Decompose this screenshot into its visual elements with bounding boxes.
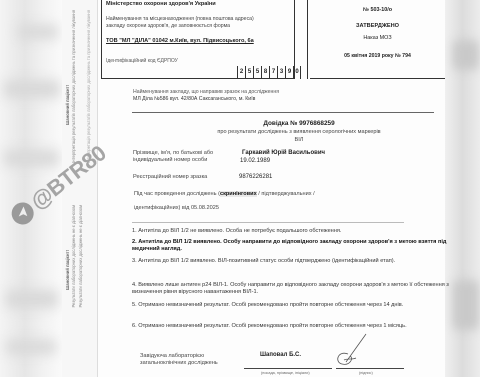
- edrpou-digit: 5: [253, 66, 261, 79]
- certificate-subtitle: про результати досліджень з виявлення се…: [98, 129, 445, 135]
- form-header: Міністерство охорони здоров'я України На…: [98, 0, 445, 79]
- approved-label: ЗАТВЕРДЖЕНО: [310, 23, 445, 29]
- study-date: ідентифікаційних) від 05.08.2025: [134, 205, 219, 212]
- study-rest: / підтверджувальних /: [257, 191, 315, 197]
- stub-text-2: Результати лабораторних досліджень не є …: [71, 205, 76, 308]
- name-line: [244, 368, 332, 369]
- edrpou-label: Ідентифікаційний код ЄДРПОУ: [106, 58, 294, 64]
- study-type: Під час проведення досліджень (скринінго…: [134, 191, 315, 198]
- form-approval-block: № 503-10/о ЗАТВЕРДЖЕНО Наказ МОЗ 05 квіт…: [310, 0, 445, 79]
- certificate-subtitle-2: ВІЛ: [98, 137, 445, 143]
- study-prefix: Під час проведення досліджень (: [134, 191, 220, 197]
- edrpou-digit: 3: [277, 66, 285, 79]
- header-divider: [298, 0, 308, 79]
- stub-title: Шановний пацієнт!: [65, 85, 70, 125]
- signature-caption: (підпис): [359, 371, 373, 375]
- result-item: 2. Антитіла до ВІЛ 1/2 виявлено. Особу н…: [132, 239, 452, 253]
- signer-name: Шаповал Б.С.: [260, 352, 301, 358]
- edrpou-digit: 5: [245, 66, 253, 79]
- stub-title-2: Шановний пацієнт!: [65, 250, 70, 290]
- edrpou-digit: 8: [261, 66, 269, 79]
- divider: [132, 222, 404, 223]
- reg-number-label: Реєстраційний номер зразка: [133, 174, 207, 181]
- result-item: 3. Антитіла до ВІЛ 1/2 виявлено. ВІЛ-поз…: [132, 258, 452, 265]
- facility-label-2: закладу охорони здоров'я, де заповнюєтьс…: [106, 23, 294, 30]
- role-line: Завідуюча лабораторією: [140, 353, 218, 360]
- facility-name: ТОВ "МЛ "ДІЛА" 01042 м.Київ, вул. Підвис…: [106, 38, 294, 44]
- referrer-value: МЛ Діла №586 вул. 42/80А Саксаганського,…: [133, 96, 279, 102]
- label-line: Прізвище, ім'я, по батькові або: [133, 150, 213, 157]
- result-item: 6. Отримано невизначений результат. Особ…: [132, 323, 452, 330]
- signer-role: Завідуюча лабораторією загальноклінічних…: [140, 353, 218, 367]
- order-label: Наказ МОЗ: [310, 35, 445, 41]
- edrpou-digit: 9: [285, 66, 293, 79]
- form-number: № 503-10/о: [310, 7, 445, 13]
- patient-name: Гаркавий Юрій Васильович: [242, 150, 325, 156]
- study-screening: скринінгових: [220, 191, 257, 197]
- stub-text-3: Результати лабораторних досліджень не є …: [78, 205, 83, 308]
- background-blur-right: [445, 0, 480, 377]
- ministry-name: Міністерство охорони здоров'я України: [106, 1, 294, 7]
- divider: [132, 112, 434, 113]
- order-date: 05 квітня 2019 року № 794: [310, 53, 445, 59]
- label-line: індивідуальний номер особи: [133, 157, 213, 164]
- referrer-label: Найменування закладу, що направив зразок…: [133, 89, 279, 95]
- stub-text-4: Інтерпретація результатів лабораторних д…: [86, 10, 91, 163]
- role-line: загальноклінічних досліджень: [140, 360, 218, 367]
- name-caption: (посада, прізвище, ініціали): [261, 371, 310, 375]
- result-item: 1. Антитіла до ВІЛ 1/2 не виявлено. Особ…: [132, 228, 452, 235]
- signature-icon: [332, 332, 372, 370]
- patient-dob: 19.02.1989: [240, 158, 270, 164]
- signature-line: [336, 368, 404, 369]
- document-page: Міністерство охорони здоров'я України На…: [98, 0, 445, 377]
- certificate-title: Довідка № 9976868259: [98, 120, 445, 127]
- edrpou-digit: 2: [237, 66, 245, 79]
- patient-name-label: Прізвище, ім'я, по батькові або індивіду…: [133, 150, 213, 164]
- edrpou-code: 2 5 5 8 7 3 9 0: [237, 66, 301, 79]
- edrpou-digit: 7: [269, 66, 277, 79]
- result-item: 5. Отримано невизначений результат. Особ…: [132, 302, 452, 309]
- result-item: 4. Виявлено лише антиген р24 ВІЛ-1. Особ…: [132, 282, 452, 296]
- stub-text: Інтерпретація результатів лабораторних д…: [71, 10, 76, 163]
- reg-number: 9876226281: [239, 174, 272, 180]
- referrer-block: Найменування закладу, що направив зразок…: [133, 89, 279, 102]
